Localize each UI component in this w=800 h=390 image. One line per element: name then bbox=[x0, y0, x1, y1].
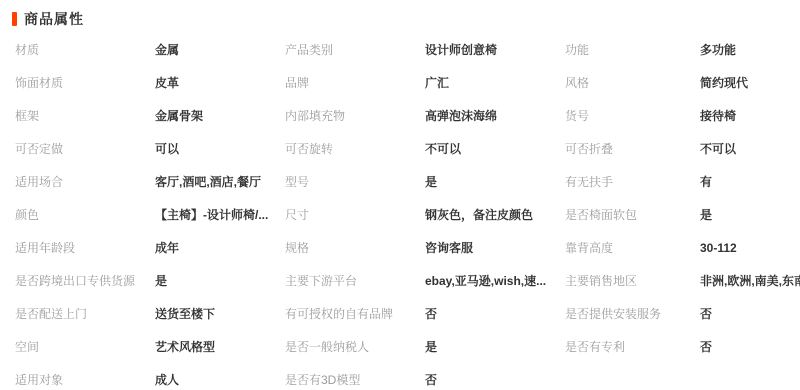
attr-cell: 饰面材质皮革 bbox=[15, 66, 285, 99]
attr-value: 是 bbox=[155, 272, 285, 289]
product-attributes-panel: 商品属性 材质金属产品类别设计师创意椅功能多功能饰面材质皮革品牌广汇风格简约现代… bbox=[0, 0, 800, 390]
attr-value: 有 bbox=[700, 173, 800, 190]
attr-label: 可否定做 bbox=[15, 140, 155, 157]
attr-value: 咨询客服 bbox=[425, 239, 565, 256]
attr-row: 空间艺术风格型是否一般纳税人是是否有专利否 bbox=[15, 330, 800, 363]
attr-cell: 有无扶手有 bbox=[565, 165, 800, 198]
attr-label: 饰面材质 bbox=[15, 74, 155, 91]
attr-cell: 是否椅面软包是 bbox=[565, 198, 800, 231]
attr-cell: 适用年龄段成年 bbox=[15, 231, 285, 264]
attr-label: 是否一般纳税人 bbox=[285, 338, 425, 355]
attr-row: 是否配送上门送货至楼下有可授权的自有品牌否是否提供安装服务否 bbox=[15, 297, 800, 330]
attr-value: 否 bbox=[700, 338, 800, 355]
attr-label: 可否旋转 bbox=[285, 140, 425, 157]
attr-label: 功能 bbox=[565, 41, 700, 58]
attr-cell: 可否旋转不可以 bbox=[285, 132, 565, 165]
attr-label: 尺寸 bbox=[285, 206, 425, 223]
attr-cell: 靠背高度30-112 bbox=[565, 231, 800, 264]
attr-row: 材质金属产品类别设计师创意椅功能多功能 bbox=[15, 33, 800, 66]
attr-label: 货号 bbox=[565, 107, 700, 124]
attr-cell: 尺寸钢灰色，备注皮颜色 bbox=[285, 198, 565, 231]
attr-cell: 是否提供安装服务否 bbox=[565, 297, 800, 330]
attr-label: 风格 bbox=[565, 74, 700, 91]
attr-cell: 是否有3D模型否 bbox=[285, 363, 565, 390]
attr-value: 艺术风格型 bbox=[155, 338, 285, 355]
attr-row: 适用场合客厅,酒吧,酒店,餐厅型号是有无扶手有 bbox=[15, 165, 800, 198]
attr-row: 可否定做可以可否旋转不可以可否折叠不可以 bbox=[15, 132, 800, 165]
attr-label: 是否配送上门 bbox=[15, 305, 155, 322]
attr-cell: 产品类别设计师创意椅 bbox=[285, 33, 565, 66]
attr-value: 是 bbox=[700, 206, 800, 223]
attr-label: 规格 bbox=[285, 239, 425, 256]
attr-row: 饰面材质皮革品牌广汇风格简约现代 bbox=[15, 66, 800, 99]
attr-value: 非洲,欧洲,南美,东南... bbox=[700, 272, 800, 289]
attr-row: 是否跨境出口专供货源是主要下游平台ebay,亚马逊,wish,速...主要销售地… bbox=[15, 264, 800, 297]
attr-label: 框架 bbox=[15, 107, 155, 124]
attr-cell: 适用对象成人 bbox=[15, 363, 285, 390]
attr-cell: 品牌广汇 bbox=[285, 66, 565, 99]
attr-label: 材质 bbox=[15, 41, 155, 58]
attr-value: 金属 bbox=[155, 41, 285, 58]
attr-label: 空间 bbox=[15, 338, 155, 355]
attr-cell: 材质金属 bbox=[15, 33, 285, 66]
attr-cell: 内部填充物高弹泡沫海绵 bbox=[285, 99, 565, 132]
attr-value: 高弹泡沫海绵 bbox=[425, 107, 565, 124]
attr-value: 成人 bbox=[155, 371, 285, 388]
attr-value: 不可以 bbox=[700, 140, 800, 157]
attr-cell: 空间艺术风格型 bbox=[15, 330, 285, 363]
attr-value: 接待椅 bbox=[700, 107, 800, 124]
attr-label: 靠背高度 bbox=[565, 239, 700, 256]
attr-label: 是否有专利 bbox=[565, 338, 700, 355]
attr-value: 多功能 bbox=[700, 41, 800, 58]
attr-row: 颜色【主椅】-设计师椅/...尺寸钢灰色，备注皮颜色是否椅面软包是 bbox=[15, 198, 800, 231]
attr-cell: 功能多功能 bbox=[565, 33, 800, 66]
attr-value: 【主椅】-设计师椅/... bbox=[155, 206, 285, 223]
attr-label: 是否提供安装服务 bbox=[565, 305, 700, 322]
attr-value: 否 bbox=[425, 305, 565, 322]
attr-label: 内部填充物 bbox=[285, 107, 425, 124]
attr-value: 是 bbox=[425, 173, 565, 190]
attr-label: 是否椅面软包 bbox=[565, 206, 700, 223]
attr-cell: 有可授权的自有品牌否 bbox=[285, 297, 565, 330]
attr-cell: 是否有专利否 bbox=[565, 330, 800, 363]
attr-label: 适用场合 bbox=[15, 173, 155, 190]
attr-cell: 是否一般纳税人是 bbox=[285, 330, 565, 363]
attr-value: 广汇 bbox=[425, 74, 565, 91]
attr-cell: 主要下游平台ebay,亚马逊,wish,速... bbox=[285, 264, 565, 297]
attr-value: 简约现代 bbox=[700, 74, 800, 91]
attr-cell: 可否定做可以 bbox=[15, 132, 285, 165]
attr-cell: 颜色【主椅】-设计师椅/... bbox=[15, 198, 285, 231]
attr-label: 有可授权的自有品牌 bbox=[285, 305, 425, 322]
attr-value: 设计师创意椅 bbox=[425, 41, 565, 58]
attr-label: 是否有3D模型 bbox=[285, 371, 425, 388]
attr-value: 30-112 bbox=[700, 241, 800, 255]
attr-label: 有无扶手 bbox=[565, 173, 700, 190]
attr-cell: 风格简约现代 bbox=[565, 66, 800, 99]
attr-value: 是 bbox=[425, 338, 565, 355]
attr-label: 适用对象 bbox=[15, 371, 155, 388]
attributes-table: 材质金属产品类别设计师创意椅功能多功能饰面材质皮革品牌广汇风格简约现代框架金属骨… bbox=[0, 33, 800, 390]
attr-label: 颜色 bbox=[15, 206, 155, 223]
attr-value: 可以 bbox=[155, 140, 285, 157]
attr-value: 否 bbox=[700, 305, 800, 322]
attr-value: 成年 bbox=[155, 239, 285, 256]
attr-cell: 型号是 bbox=[285, 165, 565, 198]
attr-value: 金属骨架 bbox=[155, 107, 285, 124]
attr-cell: 适用场合客厅,酒吧,酒店,餐厅 bbox=[15, 165, 285, 198]
attr-label: 品牌 bbox=[285, 74, 425, 91]
attr-value: 钢灰色，备注皮颜色 bbox=[425, 206, 565, 223]
attr-row: 适用对象成人是否有3D模型否 bbox=[15, 363, 800, 390]
panel-header: 商品属性 bbox=[0, 0, 800, 30]
attr-cell: 货号接待椅 bbox=[565, 99, 800, 132]
attr-label: 可否折叠 bbox=[565, 140, 700, 157]
attr-value: 客厅,酒吧,酒店,餐厅 bbox=[155, 173, 285, 190]
title-accent-bar-icon bbox=[12, 12, 17, 26]
attr-cell: 是否跨境出口专供货源是 bbox=[15, 264, 285, 297]
attr-value: 否 bbox=[425, 371, 565, 388]
attr-value: 送货至楼下 bbox=[155, 305, 285, 322]
attr-label: 主要下游平台 bbox=[285, 272, 425, 289]
attr-label: 适用年龄段 bbox=[15, 239, 155, 256]
attr-value: ebay,亚马逊,wish,速... bbox=[425, 272, 565, 289]
attr-label: 主要销售地区 bbox=[565, 272, 700, 289]
attr-cell: 框架金属骨架 bbox=[15, 99, 285, 132]
attr-row: 适用年龄段成年规格咨询客服靠背高度30-112 bbox=[15, 231, 800, 264]
attr-row: 框架金属骨架内部填充物高弹泡沫海绵货号接待椅 bbox=[15, 99, 800, 132]
attr-label: 是否跨境出口专供货源 bbox=[15, 272, 155, 289]
attr-cell: 规格咨询客服 bbox=[285, 231, 565, 264]
attr-label: 产品类别 bbox=[285, 41, 425, 58]
attr-value: 皮革 bbox=[155, 74, 285, 91]
attr-cell bbox=[565, 363, 800, 390]
attr-cell: 是否配送上门送货至楼下 bbox=[15, 297, 285, 330]
panel-title: 商品属性 bbox=[24, 9, 84, 29]
attr-value: 不可以 bbox=[425, 140, 565, 157]
attr-label: 型号 bbox=[285, 173, 425, 190]
attr-cell: 可否折叠不可以 bbox=[565, 132, 800, 165]
attr-cell: 主要销售地区非洲,欧洲,南美,东南... bbox=[565, 264, 800, 297]
